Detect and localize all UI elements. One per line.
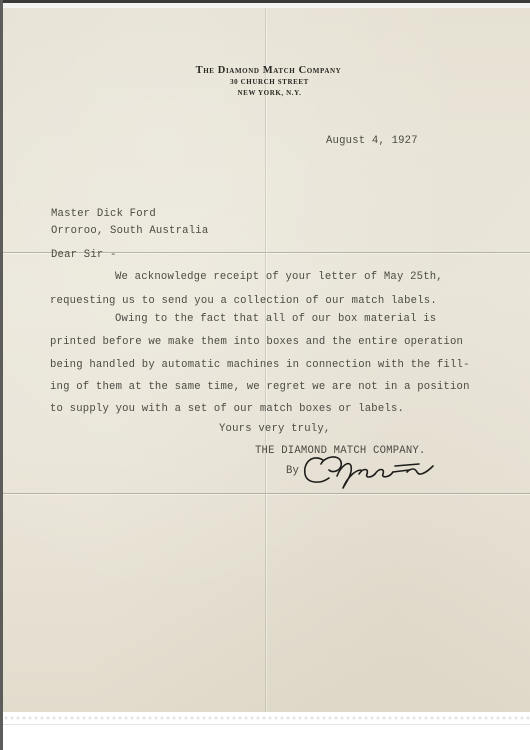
sleeve-edge-line — [3, 724, 530, 725]
body-line: to supply you with a set of our match bo… — [50, 403, 404, 415]
body-line: requesting us to send you a collection o… — [50, 295, 437, 307]
letter-date: August 4, 1927 — [326, 135, 418, 147]
letterhead-company: The Diamond Match Company — [7, 64, 530, 77]
recipient-name: Master Dick Ford — [51, 208, 156, 220]
signature-by-label: By — [286, 465, 299, 477]
sleeve-perforation — [3, 714, 530, 722]
letter-page: The Diamond Match Company 30 Church Stre… — [3, 8, 530, 712]
letterhead: The Diamond Match Company 30 Church Stre… — [3, 64, 530, 99]
complimentary-close: Yours very truly, — [219, 423, 330, 435]
salutation: Dear Sir - — [51, 249, 117, 261]
sleeve-bottom — [3, 712, 530, 750]
document-viewer: The Diamond Match Company 30 Church Stre… — [0, 0, 530, 750]
body-line: Owing to the fact that all of our box ma… — [115, 313, 436, 325]
letterhead-city: New York, N.Y. — [9, 88, 530, 99]
recipient-address: Orroroo, South Australia — [51, 225, 208, 237]
body-line: being handled by automatic machines in c… — [50, 359, 470, 371]
fold-crease-lower — [3, 493, 530, 494]
body-line: We acknowledge receipt of your letter of… — [115, 271, 443, 283]
body-line: printed before we make them into boxes a… — [50, 336, 463, 348]
letterhead-street: 30 Church Street — [9, 77, 530, 88]
body-line: ing of them at the same time, we regret … — [50, 381, 470, 393]
handwritten-signature — [299, 448, 439, 492]
